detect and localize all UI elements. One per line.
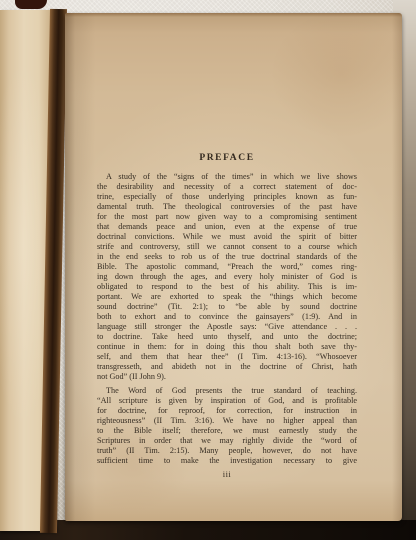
text-line: obligated to respond to the best of his … — [97, 282, 357, 292]
text-line: portant. We are exhorted to speak the “t… — [97, 292, 357, 302]
book-photo: PREFACE A study of the “signs of the tim… — [0, 0, 416, 540]
paragraph: The Word of God presents the true standa… — [97, 386, 357, 466]
text-line: for the most part now given way to a com… — [97, 212, 357, 222]
text-line: to doctrine. Take heed unto thyself, and… — [97, 332, 357, 342]
text-line: A study of the “signs of the times” in w… — [97, 172, 357, 182]
text-line: continue in them: for in doing this thou… — [97, 342, 357, 352]
preface-title: PREFACE — [97, 153, 357, 164]
paragraph: A study of the “signs of the times” in w… — [97, 172, 357, 382]
text-line: transgresseth, and abideth not in the do… — [97, 362, 357, 372]
text-line: The Word of God presents the true standa… — [97, 386, 357, 396]
text-line: sufficient time to make the investigatio… — [97, 456, 357, 466]
text-line: not God” (II John 9). — [97, 372, 357, 382]
text-line: both to exhort and to convince the gains… — [97, 312, 357, 322]
table-shadow — [0, 520, 416, 540]
text-line: Scriptures in order that we may rightly … — [97, 436, 357, 446]
text-line: sound doctrine” (Tit. 2:1); to “be able … — [97, 302, 357, 312]
page-number: iii — [97, 469, 357, 479]
text-line: truth” (II Tim. 2:15). Many people, howe… — [97, 446, 357, 456]
text-line: that demands peace and union, even at th… — [97, 222, 357, 232]
text-line: damental truth. The theological controve… — [97, 202, 357, 212]
page-top-edge — [65, 13, 402, 17]
text-line: language still stronger the Apostle says… — [97, 322, 357, 332]
text-line: ing down through the ages, and every hol… — [97, 272, 357, 282]
text-line: the desirability and necessity of a corr… — [97, 182, 357, 192]
text-line: for doctrine, for reproof, for correctio… — [97, 406, 357, 416]
text-line: in the end seeks to rob us of the true d… — [97, 252, 357, 262]
page-text: A study of the “signs of the times” in w… — [97, 172, 357, 466]
text-line: righteousness” (II Tim. 3:16). We have n… — [97, 416, 357, 426]
spine-tip — [15, 0, 47, 9]
text-line: “All scripture is given by inspiration o… — [97, 396, 357, 406]
text-line: self, and them that hear thee” (I Tim. 4… — [97, 352, 357, 362]
text-line: Bible. The apostolic command, “Preach th… — [97, 262, 357, 272]
text-line: strife and controversy, still we cannot … — [97, 242, 357, 252]
text-line: to the Bible itself; therefore, we must … — [97, 426, 357, 436]
text-line: doctrinal convictions. While we must avo… — [97, 232, 357, 242]
text-line: trine, especially of those underlying pr… — [97, 192, 357, 202]
